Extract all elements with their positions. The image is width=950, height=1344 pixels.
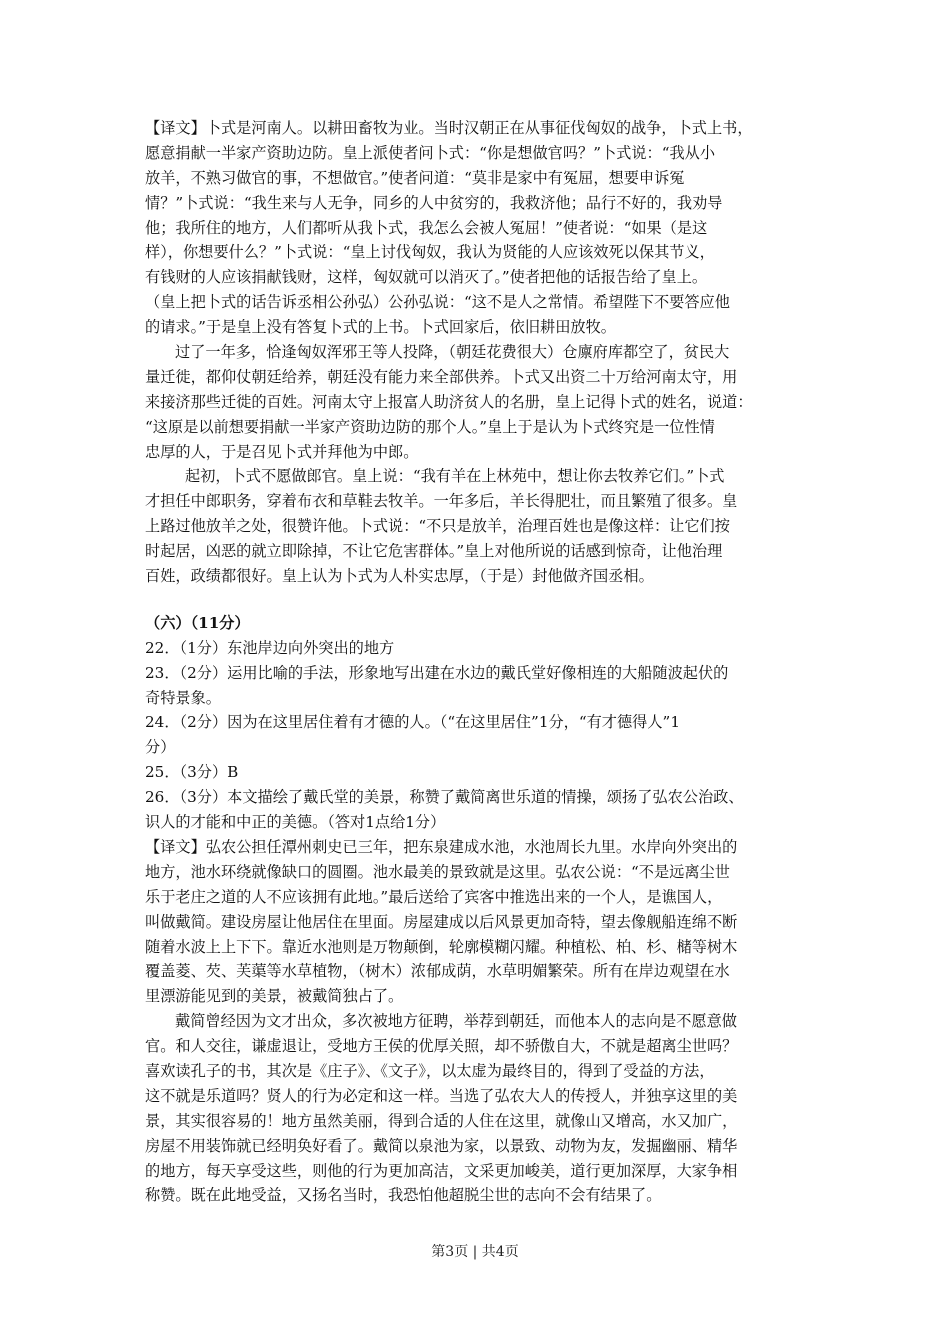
answer-item: 22．（1分）东池岸边向外突出的地方 — [145, 636, 807, 661]
translation-paragraph-3: 起初，卜式不愿做郎官。皇上说：“我有羊在上林苑中，想让你去牧养它们。”卜式 才担… — [145, 464, 807, 588]
text-line: 这不就是乐道吗？贤人的行为必定和这一样。当选了弘农大人的传授人，并独享这里的美 — [145, 1084, 807, 1109]
text-line: 时起居，凶恶的就立即除掉，不让它危害群体。”皇上对他所说的话感到惊奇，让他治理 — [145, 539, 807, 564]
text-line: 戴简曾经因为文才出众，多次被地方征聘，举荐到朝廷，而他本人的志向是不愿意做 — [145, 1009, 807, 1034]
text-line: 百姓，政绩都很好。皇上认为卜式为人朴实忠厚，（于是）封他做齐国丞相。 — [145, 564, 807, 589]
text-line: 的地方，每天享受这些，则他的行为更加高洁，文采更加峻美，道行更加深厚，大家争相 — [145, 1159, 807, 1184]
translation-paragraph-2: 过了一年多，恰逢匈奴浑邪王等人投降，（朝廷花费很大）仓廪府库都空了，贫民大 量迁… — [145, 340, 807, 464]
answer-item: 25．（3分）B — [145, 760, 807, 785]
text-line: 量迁徙，都仰仗朝廷给养，朝廷没有能力来全部供养。卜式又出资二十万给河南太守，用 — [145, 365, 807, 390]
translation2-paragraph-2: 戴简曾经因为文才出众，多次被地方征聘，举荐到朝廷，而他本人的志向是不愿意做 官。… — [145, 1009, 807, 1208]
text-line: 房屋不用装饰就已经明奂好看了。戴简以泉池为家，以景致、动物为友，发掘幽丽、精华 — [145, 1134, 807, 1159]
text-line: 有钱财的人应该捐献钱财，这样，匈奴就可以消灭了。”使者把他的话报告给了皇上。 — [145, 265, 807, 290]
text-line: 放羊，不熟习做官的事，不想做官。”使者问道：“莫非是家中有冤屈，想要申诉冤 — [145, 166, 807, 191]
text-line: 里漂游能见到的美景，被戴简独占了。 — [145, 984, 807, 1009]
document-page: 【译文】卜式是河南人。以耕田畜牧为业。当时汉朝正在从事征伐匈奴的战争，卜式上书，… — [145, 116, 807, 1208]
text-line: 过了一年多，恰逢匈奴浑邪王等人投降，（朝廷花费很大）仓廪府库都空了，贫民大 — [145, 340, 807, 365]
text-line: 情？”卜式说：“我生来与人无争，同乡的人中贫穷的，我救济他；品行不好的，我劝导 — [145, 191, 807, 216]
text-line: 乐于老庄之道的人不应该拥有此地。”最后送给了宾客中推选出来的一个人，是谯国人， — [145, 885, 807, 910]
text-line: 覆盖菱、芡、芙蕖等水草植物，（树木）浓郁成荫，水草明媚繁荣。所有在岸边观望在水 — [145, 959, 807, 984]
text-line: 【译文】卜式是河南人。以耕田畜牧为业。当时汉朝正在从事征伐匈奴的战争，卜式上书， — [145, 116, 807, 141]
answer-item: 奇特景象。 — [145, 686, 807, 711]
text-line: 喜欢读孔子的书，其次是《庄子》、《文子》，以太虚为最终目的，得到了受益的方法， — [145, 1059, 807, 1084]
answer-list: 22．（1分）东池岸边向外突出的地方 23．（2分）运用比喻的手法，形象地写出建… — [145, 636, 807, 835]
text-line: 【译文】弘农公担任潭州刺史已三年，把东泉建成水池，水池周长九里。水岸向外突出的 — [145, 835, 807, 860]
text-line: 忠厚的人，于是召见卜式并拜他为中郎。 — [145, 440, 807, 465]
text-line: 样），你想要什么？”卜式说：“皇上讨伐匈奴，我认为贤能的人应该效死以保其节义， — [145, 240, 807, 265]
text-line: （皇上把卜式的话告诉丞相公孙弘）公孙弘说：“这不是人之常情。希望陛下不要答应他 — [145, 290, 807, 315]
section-heading: （六）（11分） — [145, 611, 807, 636]
text-line: 他；我所住的地方，人们都听从我卜式，我怎么会被人冤屈！”使者说：“如果（是这 — [145, 216, 807, 241]
text-line: 地方，池水环绕就像缺口的圆圈。池水最美的景致就是这里。弘农公说：“不是远离尘世 — [145, 860, 807, 885]
answer-item: 24．（2分）因为在这里居住着有才德的人。（“在这里居住”1分，“有才德得人”1 — [145, 710, 807, 735]
answer-item: 分） — [145, 735, 807, 760]
answer-item: 26．（3分）本文描绘了戴氏堂的美景，称赞了戴简离世乐道的情操，颂扬了弘农公治政… — [145, 785, 807, 810]
text-line: 随着水波上上下下。靠近水池则是万物颠倒，轮廓模糊闪耀。种植松、柏、杉、槠等树木 — [145, 935, 807, 960]
text-line: 起初，卜式不愿做郎官。皇上说：“我有羊在上林苑中，想让你去牧养它们。”卜式 — [145, 464, 807, 489]
translation-paragraph-1: 【译文】卜式是河南人。以耕田畜牧为业。当时汉朝正在从事征伐匈奴的战争，卜式上书，… — [145, 116, 807, 340]
text-line: 才担任中郎职务，穿着布衣和草鞋去牧羊。一年多后，羊长得肥壮，而且繁殖了很多。皇 — [145, 489, 807, 514]
text-line: 景，其实很容易的！地方虽然美丽，得到合适的人住在这里，就像山又增高，水又加广， — [145, 1109, 807, 1134]
text-line: 称赞。既在此地受益，又扬名当时，我恐怕他超脱尘世的志向不会有结果了。 — [145, 1183, 807, 1208]
text-line: 的请求。”于是皇上没有答复卜式的上书。卜式回家后，依旧耕田放牧。 — [145, 315, 807, 340]
answer-item: 识人的才能和中正的美德。（答对1点给1分） — [145, 810, 807, 835]
text-line: 上路过他放羊之处，很赞许他。卜式说：“不只是放羊，治理百姓也是像这样：让它们按 — [145, 514, 807, 539]
translation2-paragraph-1: 【译文】弘农公担任潭州刺史已三年，把东泉建成水池，水池周长九里。水岸向外突出的 … — [145, 835, 807, 1009]
text-line: 愿意捐献一半家产资助边防。皇上派使者问卜式：“你是想做官吗？”卜式说：“我从小 — [145, 141, 807, 166]
page-footer: 第3页 | 共4页 — [0, 1241, 950, 1261]
text-line: “这原是以前想要捐献一半家产资助边防的那个人。”皇上于是认为卜式终究是一位性情 — [145, 415, 807, 440]
text-line: 叫做戴简。建设房屋让他居住在里面。房屋建成以后风景更加奇特，望去像舰船连绵不断 — [145, 910, 807, 935]
text-line: 官。和人交往，谦虚退让，受地方王侯的优厚关照，却不骄傲自大，不就是超离尘世吗？ — [145, 1034, 807, 1059]
answer-item: 23．（2分）运用比喻的手法，形象地写出建在水边的戴氏堂好像相连的大船随波起伏的 — [145, 661, 807, 686]
section-gap — [145, 589, 807, 611]
text-line: 来接济那些迁徙的百姓。河南太守上报富人助济贫人的名册，皇上记得卜式的姓名，说道： — [145, 390, 807, 415]
